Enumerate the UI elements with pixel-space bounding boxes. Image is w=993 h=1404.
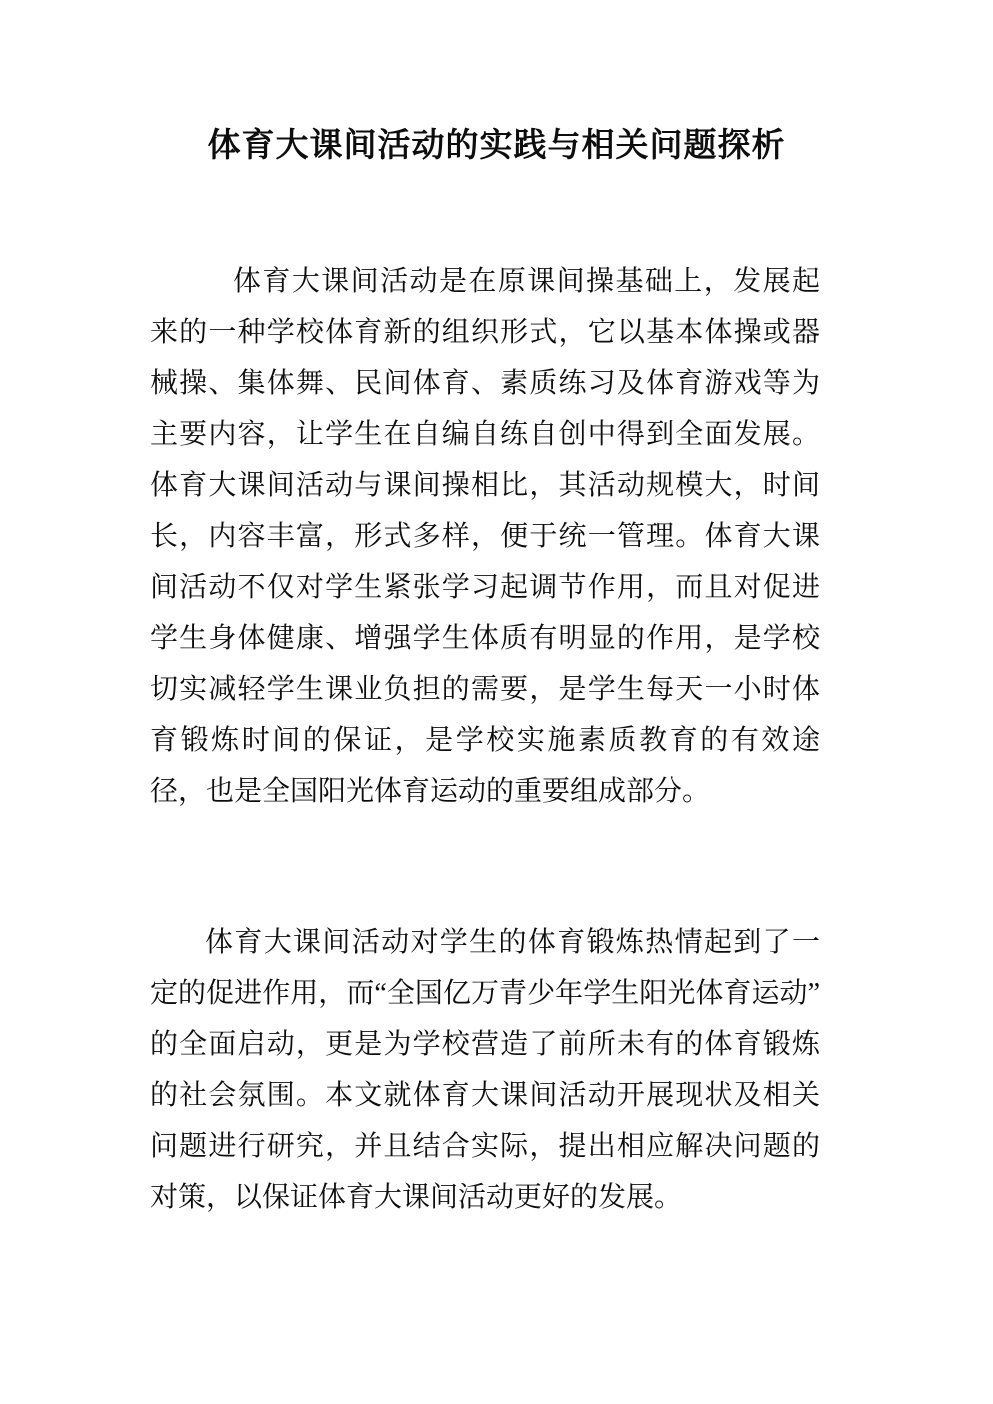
- document-title: 体育大课间活动的实践与相关问题探析: [0, 126, 993, 167]
- paragraph-research-purpose: 体育大课间活动对学生的体育锻炼热情起到了一定的促进作用，而“全国亿万青少年学生阳…: [150, 917, 820, 1223]
- document-body: 体育大课间活动是在原课间操基础上，发展起来的一种学校体育新的组织形式，它以基本体…: [150, 256, 820, 1223]
- paragraph-intro: 体育大课间活动是在原课间操基础上，发展起来的一种学校体育新的组织形式，它以基本体…: [150, 256, 820, 817]
- document-page: 体育大课间活动的实践与相关问题探析 体育大课间活动是在原课间操基础上，发展起来的…: [0, 0, 993, 1404]
